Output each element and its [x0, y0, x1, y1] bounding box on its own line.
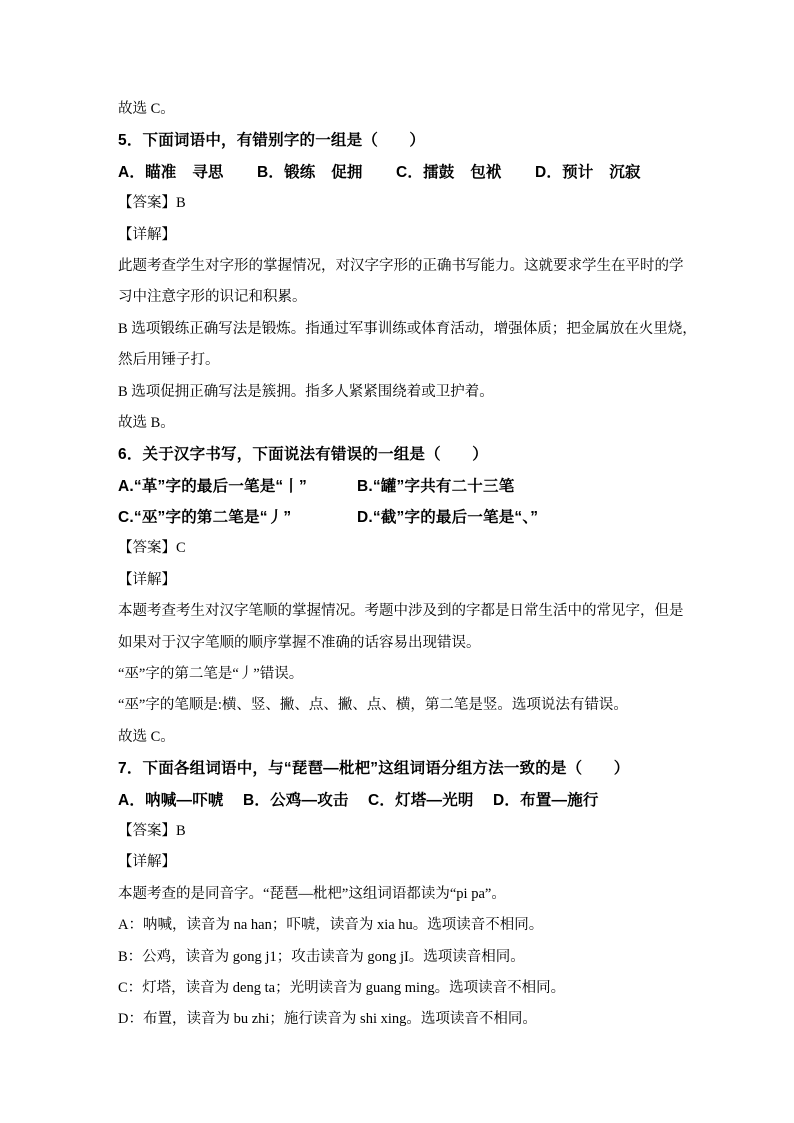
q5-option-c: C．擂鼓 包袱	[396, 157, 535, 188]
q5-option-b: B．锻练 促拥	[257, 157, 396, 188]
q5-answer-value: B	[176, 195, 186, 211]
q7-detail-line-3: B：公鸡，读音为 gong j1；攻击读音为 gong jI。选项读音相同。	[118, 942, 684, 973]
q7-options-row: A．呐喊—吓唬B．公鸡—攻击C．灯塔—光明D．布置—施行	[118, 785, 684, 816]
q6-detail-line-3: “巫”字的第二笔是“丿”错误。	[118, 659, 684, 690]
q6-title: 6．关于汉字书写，下面说法有错误的一组是（ ）	[118, 439, 684, 470]
q7-option-c: C．灯塔—光明	[368, 785, 493, 816]
answer-label: 【答案】	[118, 823, 176, 839]
q6-option-c: C.“巫”字的第二笔是“丿”	[118, 502, 357, 533]
q6-answer-line: 【答案】C	[118, 533, 684, 564]
q5-detail-label: 【详解】	[118, 220, 684, 251]
q5-detail-line-2: 习中注意字形的识记和积累。	[118, 282, 684, 313]
q5-detail-line-3: B 选项锻练正确写法是锻炼。指通过军事训练或体育活动，增强体质；把金属放在火里烧…	[118, 314, 684, 345]
prev-question-closing-line: 故选 C。	[118, 94, 684, 125]
answer-label: 【答案】	[118, 540, 176, 556]
q6-options-row-2: C.“巫”字的第二笔是“丿”D.“截”字的最后一笔是“、”	[118, 502, 684, 533]
q6-option-d: D.“截”字的最后一笔是“、”	[357, 502, 596, 533]
q6-options-row-1: A.“革”字的最后一笔是“丨”B.“罐”字共有二十三笔	[118, 471, 684, 502]
q5-options-row: A．瞄准 寻思B．锻练 促拥C．擂鼓 包袱D．预计 沉寂	[118, 157, 684, 188]
q7-detail-line-5: D：布置，读音为 bu zhi；施行读音为 shi xing。选项读音不相同。	[118, 1004, 684, 1035]
q6-option-b: B.“罐”字共有二十三笔	[357, 471, 596, 502]
q6-detail-line-5: 故选 C。	[118, 722, 684, 753]
q6-detail-line-1: 本题考查考生对汉字笔顺的掌握情况。考题中涉及到的字都是日常生活中的常见字，但是	[118, 596, 684, 627]
q7-detail-label: 【详解】	[118, 847, 684, 878]
q6-detail-line-4: “巫”字的笔顺是:横、竖、撇、点、撇、点、横，第二笔是竖。选项说法有错误。	[118, 690, 684, 721]
q6-option-a: A.“革”字的最后一笔是“丨”	[118, 471, 357, 502]
q7-option-d: D．布置—施行	[493, 785, 618, 816]
q5-option-a: A．瞄准 寻思	[118, 157, 257, 188]
q6-detail-line-2: 如果对于汉字笔顺的顺序掌握不准确的话容易出现错误。	[118, 628, 684, 659]
q5-detail-line-6: 故选 B。	[118, 408, 684, 439]
q6-answer-value: C	[176, 540, 186, 556]
q7-option-a: A．呐喊—吓唬	[118, 785, 243, 816]
q6-detail-label: 【详解】	[118, 565, 684, 596]
q7-detail-line-4: C：灯塔，读音为 deng ta；光明读音为 guang ming。选项读音不相…	[118, 973, 684, 1004]
q7-answer-line: 【答案】B	[118, 816, 684, 847]
q7-answer-value: B	[176, 823, 186, 839]
document-page: 故选 C。 5．下面词语中，有错别字的一组是（ ） A．瞄准 寻思B．锻练 促拥…	[0, 0, 794, 1123]
q5-answer-line: 【答案】B	[118, 188, 684, 219]
q5-detail-line-4: 然后用锤子打。	[118, 345, 684, 376]
q7-detail-line-1: 本题考查的是同音字。“琵琶—枇杷”这组词语都读为“pi pa”。	[118, 879, 684, 910]
q5-option-d: D．预计 沉寂	[535, 157, 674, 188]
q5-detail-line-5: B 选项促拥正确写法是簇拥。指多人紧紧围绕着或卫护着。	[118, 377, 684, 408]
q7-option-b: B．公鸡—攻击	[243, 785, 368, 816]
q7-title: 7．下面各组词语中，与“琵琶—枇杷”这组词语分组方法一致的是（ ）	[118, 753, 684, 784]
answer-label: 【答案】	[118, 195, 176, 211]
q5-detail-line-1: 此题考查学生对字形的掌握情况，对汉字字形的正确书写能力。这就要求学生在平时的学	[118, 251, 684, 282]
q7-detail-line-2: A：呐喊，读音为 na han；吓唬，读音为 xia hu。选项读音不相同。	[118, 910, 684, 941]
q5-title: 5．下面词语中，有错别字的一组是（ ）	[118, 125, 684, 156]
